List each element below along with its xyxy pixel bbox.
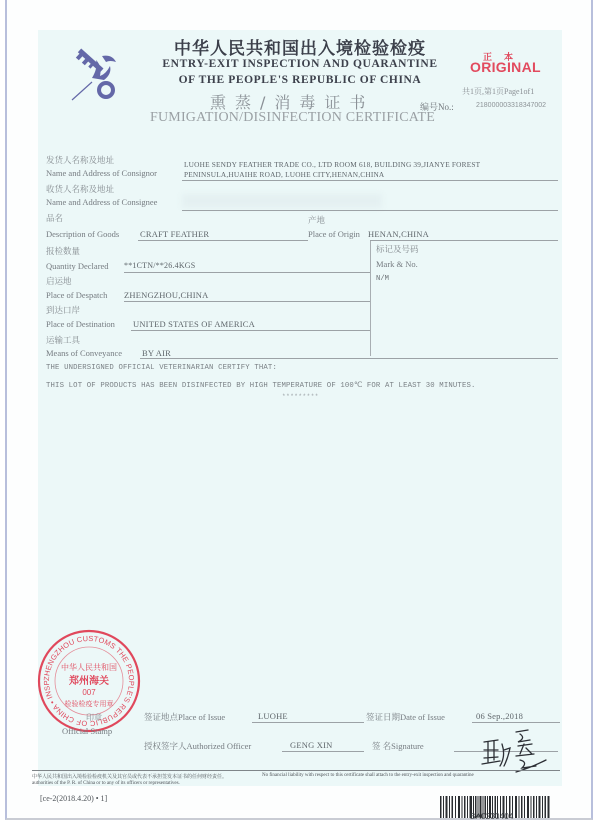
svg-text:郑州海关: 郑州海关 — [68, 674, 109, 687]
goods-underline — [138, 240, 308, 241]
destination-label-cn: 到达口岸 — [46, 304, 80, 316]
svg-text:007: 007 — [82, 688, 96, 697]
goods-label-en: Description of Goods — [46, 229, 119, 239]
disclaimer-en: No financial liability with respect to t… — [262, 773, 474, 778]
destination-underline — [131, 330, 370, 331]
place-of-issue-label: 签证地点Place of Issue — [144, 711, 225, 723]
svg-text:中华人民共和国: 中华人民共和国 — [61, 662, 117, 672]
disclaimer-cn: 中华人民共和国出入境检验检疫机关及其官员或代表不承担签发本证书的任何财经责任。 — [32, 773, 227, 780]
origin-value: HENAN,CHINA — [368, 229, 429, 239]
goods-label-cn: 品名 — [46, 212, 63, 224]
certificate-title-en: FUMIGATION/DISINFECTION CERTIFICATE — [150, 110, 435, 126]
authorized-officer-value: GENG XIN — [290, 740, 332, 750]
statement-line1: THE UNDERSIGNED OFFICIAL VETERINARIAN CE… — [46, 364, 277, 372]
marks-label-cn: 标记及号码 — [376, 243, 419, 255]
authorized-officer-label: 授权签字人Authorized Officer — [144, 740, 251, 752]
date-of-issue-value: 06 Sep.,2018 — [476, 711, 523, 721]
certificate-number: 2180000033183​47002 — [476, 102, 546, 109]
disclaimer-en-line2: authorities of the P. R. of China or to … — [32, 781, 180, 786]
footer-divider — [32, 770, 560, 771]
date-of-issue-underline — [472, 722, 560, 723]
authority-title-en-line2: OF THE PEOPLE'S REPUBLIC OF CHINA — [140, 74, 460, 86]
consignor-address-line1: LUOHE SENDY FEATHER TRADE CO., LTD ROOM … — [184, 160, 480, 169]
destination-value: UNITED STATES OF AMERICA — [133, 319, 255, 329]
handwritten-signature — [480, 728, 550, 776]
destination-label-en: Place of Destination — [46, 319, 115, 329]
certificate-number-label: 编号No.: — [420, 100, 454, 113]
consignor-label-en: Name and Address of Consignor — [46, 168, 157, 178]
marks-label-en: Mark & No. — [376, 259, 418, 269]
quantity-label-cn: 报检数量 — [46, 245, 80, 257]
origin-label-cn: 产地 — [308, 214, 325, 226]
despatch-value: ZHENGZHOU,CHINA — [124, 290, 208, 300]
svg-text:检验检疫专用章: 检验检疫专用章 — [65, 699, 114, 708]
quantity-label-en: Quantity Declared — [46, 261, 109, 271]
consignor-underline — [182, 180, 558, 181]
date-of-issue-label: 签证日期Date of Issue — [366, 711, 445, 723]
despatch-underline — [124, 301, 370, 302]
place-of-issue-value: LUOHE — [258, 711, 288, 721]
stamp-label-en: Official Stamp — [62, 726, 112, 736]
consignee-underline — [182, 210, 558, 211]
marks-box-top — [370, 240, 558, 241]
page-info: 共1页,第1页Page1of1 — [462, 86, 534, 97]
quantity-underline — [124, 272, 370, 273]
consignee-label-en: Name and Address of Consignee — [46, 197, 157, 207]
stamp-label-cn: 印章 — [86, 712, 102, 723]
form-code: [ce-2(2018.4.20) • 1] — [40, 794, 107, 803]
place-of-issue-underline — [252, 722, 364, 723]
authority-title-en-line1: ENTRY-EXIT INSPECTION AND QUARANTINE — [140, 58, 460, 70]
original-label-en: ORIGINAL — [470, 59, 541, 75]
marks-value: N/M — [376, 275, 389, 283]
statement-end-marker: ********* — [282, 393, 319, 400]
goods-value: CRAFT FEATHER — [140, 229, 209, 239]
origin-label-en: Place of Origin — [308, 229, 360, 239]
consignor-label-cn: 发货人名称及地址 — [46, 154, 114, 166]
authorized-officer-underline — [282, 751, 364, 752]
marks-box-border — [370, 240, 371, 356]
conveyance-label-en: Means of Conveyance — [46, 348, 122, 358]
conveyance-underline — [140, 358, 558, 359]
barcode-number: BA0230404 — [470, 812, 514, 821]
consignee-redacted — [182, 194, 382, 208]
conveyance-label-cn: 运输工具 — [46, 334, 80, 346]
quantity-value: **1CTN/**26.4KGS — [124, 261, 195, 270]
consignor-address-line2: PENINSULA,HUAIHE ROAD, LUOHE CITY,HENAN,… — [184, 170, 384, 179]
conveyance-value: BY AIR — [142, 348, 171, 358]
inspection-quarantine-emblem-icon — [68, 48, 120, 104]
signature-label: 签 名Signature — [372, 740, 424, 752]
despatch-label-cn: 启运地 — [46, 275, 72, 287]
consignee-label-cn: 收货人名称及地址 — [46, 183, 114, 195]
despatch-label-en: Place of Despatch — [46, 290, 107, 300]
statement-line2: THIS LOT OF PRODUCTS HAS BEEN DISINFECTE… — [46, 380, 476, 390]
authority-title-cn: 中华人民共和国出入境检验检疫 — [150, 34, 450, 59]
